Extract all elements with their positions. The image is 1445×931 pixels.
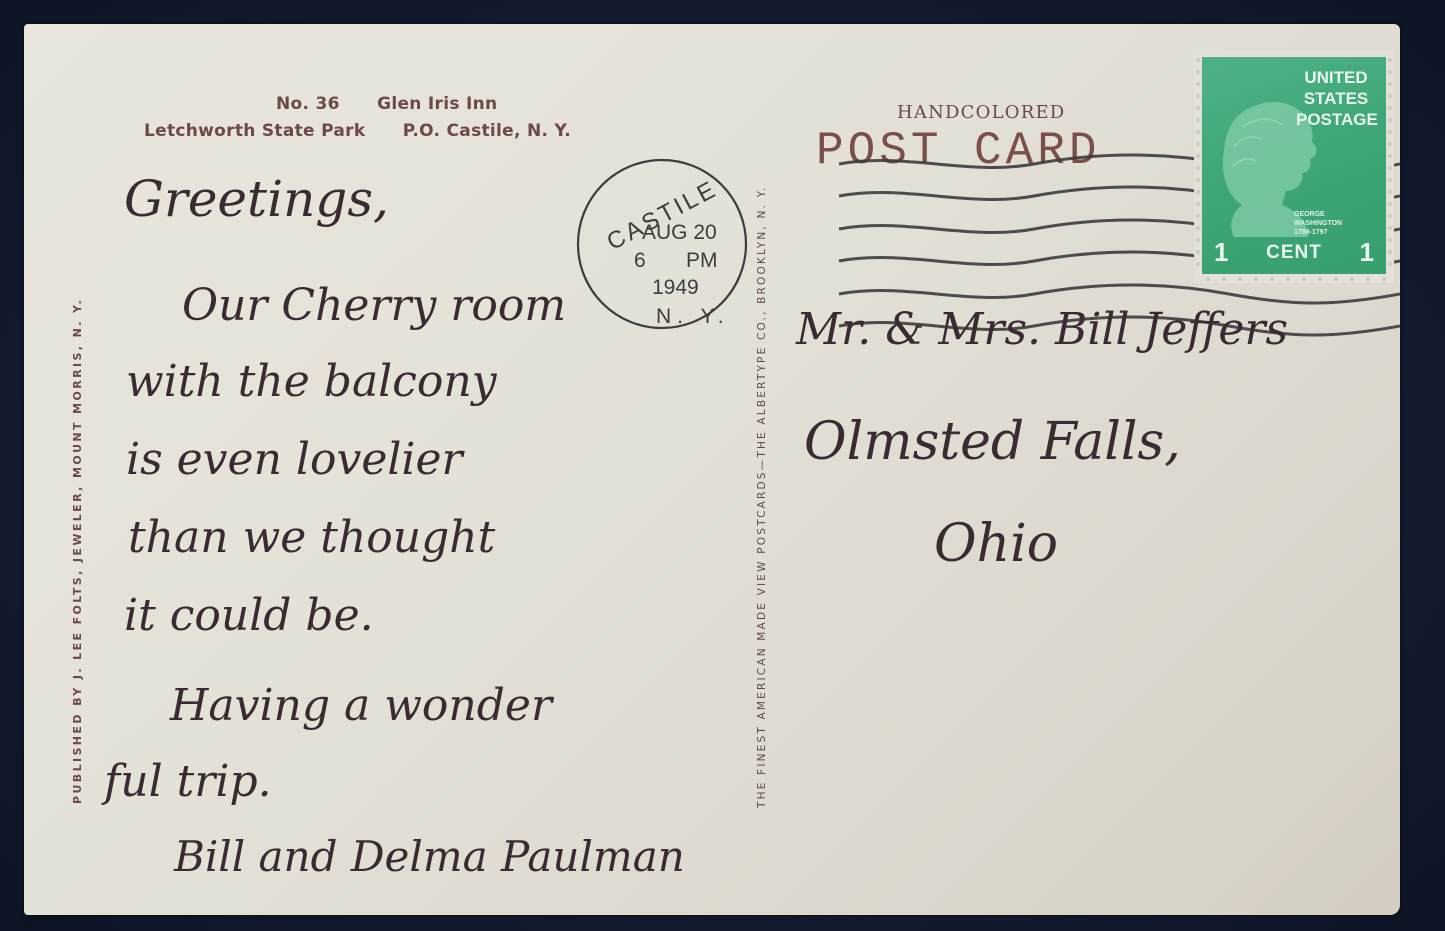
stamp-face: UNITED STATES POSTAGE GEORGE WASHINGTON … [1202,57,1386,274]
postmark-ampm: PM [686,250,718,271]
postmark-year: 1949 [652,277,699,298]
stamp-value-right: 1 [1360,237,1374,268]
message-line-3: with the balcony [126,360,497,404]
stamp-subject-dates: 1789-1797 [1294,228,1342,237]
message-line-1: Greetings, [124,174,389,224]
postmark-hour: 6 [634,250,646,271]
message-signature: Bill and Delma Paulman [174,836,685,878]
stamp-subject: GEORGE WASHINGTON 1789-1797 [1294,210,1342,237]
postcard-back: No. 36 Glen Iris Inn Letchworth State Pa… [24,24,1400,915]
message-line-7: Having a wonder [170,684,552,728]
stamp-country-line3: POSTAGE [1296,109,1376,130]
message-line-6: it could be. [124,594,374,638]
stamp-value-unit: CENT [1266,242,1322,264]
address-line-2: Olmsted Falls, [804,416,1181,468]
stamp-country: UNITED STATES POSTAGE [1296,67,1376,130]
message-line-4: is even lovelier [126,438,463,482]
address-line-1: Mr. & Mrs. Bill Jeffers [796,308,1288,352]
postmark-date: AUG 20 [642,222,717,243]
address-line-3: Ohio [934,518,1058,570]
stamp-country-line1: UNITED [1296,67,1376,88]
stamp-subject-last: WASHINGTON [1294,219,1342,228]
message-line-8: ful trip. [104,760,272,804]
postage-stamp: UNITED STATES POSTAGE GEORGE WASHINGTON … [1194,50,1394,283]
stamp-value-left: 1 [1214,237,1228,268]
message-line-5: than we thought [128,516,495,560]
stamp-denomination: 1 CENT 1 [1202,237,1386,268]
postmark-state: N. Y. [656,306,730,327]
stamp-country-line2: STATES [1296,88,1376,109]
stamp-subject-first: GEORGE [1294,210,1342,219]
message-line-2: Our Cherry room [182,284,566,328]
